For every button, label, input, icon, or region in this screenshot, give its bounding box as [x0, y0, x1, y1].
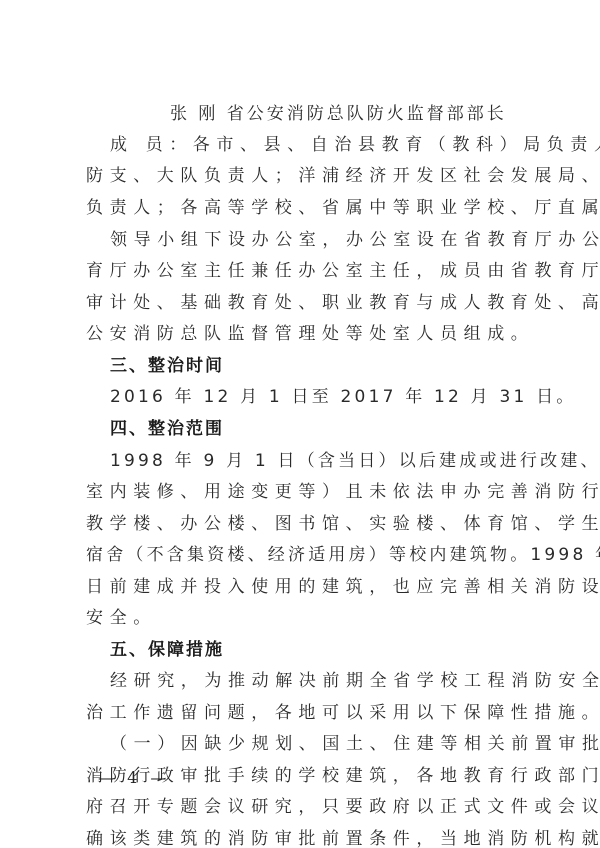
body-line: 防支、大队负责人；洋浦经济开发区社会发展局、公安消防支队: [86, 165, 526, 187]
section-heading-measures: 五、保障措施: [110, 639, 550, 661]
body-line: 育厅办公室主任兼任办公室主任，成员由省教育厅办公室、财务: [86, 260, 526, 282]
body-line: 治工作遗留问题，各地可以采用以下保障性措施。: [86, 702, 526, 724]
document-page: 张 刚 省公安消防总队防火监督部部长 成 员：各市、县、自治县教育（教科）局负责…: [0, 0, 600, 848]
body-line: 公安消防总队监督管理处等处室人员组成。: [86, 323, 526, 345]
paragraph-start: 1998 年 9 月 1 日（含当日）以后建成或进行改建、扩建（含: [110, 450, 550, 472]
leader-entry: 张 刚 省公安消防总队防火监督部部长: [170, 103, 600, 125]
body-line: 宿舍（不含集资楼、经济适用房）等校内建筑物。1998 年 9 月 1: [86, 544, 526, 566]
members-line: 成 员：各市、县、自治县教育（教科）局负责人，公安消: [110, 134, 550, 156]
period-line: 2016 年 12 月 1 日至 2017 年 12 月 31 日。: [110, 386, 550, 408]
body-line: 安全。: [86, 607, 526, 629]
section-heading-scope: 四、整治范围: [110, 418, 550, 440]
paragraph-start: 经研究，为推动解决前期全省学校工程消防安全问题专项整: [110, 670, 550, 692]
body-line: 负责人；各高等学校、省属中等职业学校、厅直属中学负责人。: [86, 197, 526, 219]
body-line: 日前建成并投入使用的建筑，也应完善相关消防设施，保障消防: [86, 576, 526, 598]
body-line: 确该类建筑的消防审批前置条件，当地消防机构就可以受理，依: [86, 828, 526, 848]
body-line: 审计处、基础教育处、职业教育与成人教育处、高等教育处和省: [86, 292, 526, 314]
paragraph-start: （一）因缺少规划、国土、住建等相关前置审批而无法申办: [110, 733, 550, 755]
paragraph-start: 领导小组下设办公室，办公室设在省教育厅办公室，由省教: [110, 229, 550, 251]
page-number: — 4 —: [98, 768, 170, 787]
body-line: 教学楼、办公楼、图书馆、实验楼、体育馆、学生宿舍、教职工: [86, 513, 526, 535]
body-line: 室内装修、用途变更等）且未依法申办完善消防行政审批手续的: [86, 481, 526, 503]
section-heading-time: 三、整治时间: [110, 355, 550, 377]
body-line: 府召开专题会议研究，只要政府以正式文件或会议纪要的形式明: [86, 796, 526, 818]
